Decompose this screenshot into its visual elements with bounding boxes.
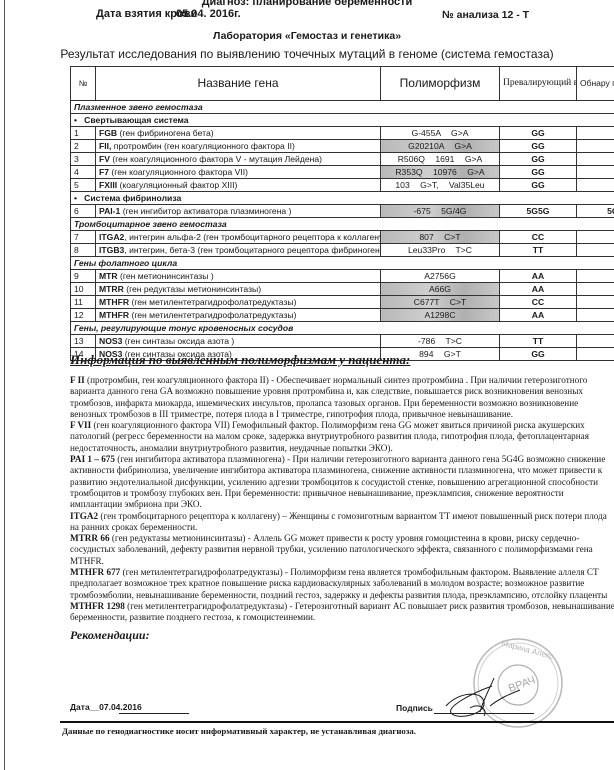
subsection-title: • Свертывающая система: [71, 114, 614, 127]
gene-description: (ген метионинсинтазы ): [118, 271, 214, 281]
col-header-polymorphism: Полиморфизм: [381, 67, 500, 101]
row-number: 1: [71, 127, 96, 140]
gene-description: (ген синтазы оксида азота ): [122, 336, 234, 346]
info-paragraph: MTRR 66 (ген редуктазы метионинсинтазы) …: [70, 533, 614, 567]
col-header-found-genotype: Обнару генот: [577, 67, 614, 101]
info-paragraph: MTHFR 677 (ген метилентетрагидрофолатред…: [70, 567, 614, 601]
table-row: 8ITGB3, интегрин, бета-3 (ген тромбоцита…: [71, 244, 614, 257]
polymorphism-cell: R506Q 1691 G>A: [381, 153, 500, 166]
gene-description: (ген фибриногена бета): [117, 128, 213, 138]
prevalent-genotype-cell: CC: [500, 231, 577, 244]
row-number: 12: [71, 309, 96, 322]
table-row: 11MTHFR (ген метилентетрагидрофолатредук…: [71, 296, 614, 309]
polymorphism-cell: G-455A G>A: [381, 127, 500, 140]
polymorphism-cell: 807 C>T: [381, 231, 500, 244]
gene-description: (ген коагуляционного фактора VII): [109, 167, 248, 177]
polymorphism-cell: A2756G: [381, 270, 500, 283]
section-row: Гены фолатного цикла: [71, 257, 614, 270]
found-genotype-cell: GA: [577, 140, 614, 153]
prevalent-genotype-cell: GG: [500, 179, 577, 192]
prevalent-genotype-cell: AA: [500, 283, 577, 296]
gene-name-cell: MTRR (ген редуктазы метионинсинтазы): [96, 283, 381, 296]
gene-symbol: FV: [99, 154, 110, 164]
laboratory-name: Лаборатория «Гемостаз и генетика»: [0, 30, 614, 42]
row-number: 13: [71, 335, 96, 348]
info-term: MTHFR 677: [70, 567, 120, 577]
diagnosis-line: Диагноз: планирование беременности: [0, 0, 614, 8]
found-genotype-cell: -: [577, 348, 614, 361]
footer-divider: [60, 721, 614, 723]
gene-name-cell: FII, протромбин (ген коагуляционного фак…: [96, 140, 381, 153]
row-number: 6: [71, 205, 96, 218]
gene-description: , интегрин альфа-2 (ген тромбоцитарного …: [124, 232, 380, 242]
info-text: (ген коагуляционного фактора VII) Гемофи…: [70, 420, 589, 453]
row-number: 7: [71, 231, 96, 244]
table-row: 10MTRR (ген редуктазы метионинсинтазы)A6…: [71, 283, 614, 296]
row-number: 4: [71, 166, 96, 179]
info-term: F VII: [70, 420, 91, 430]
found-genotype-cell: GG: [577, 153, 614, 166]
info-text: (ген метилентетрагидрофолатредуктазы) - …: [70, 567, 607, 600]
found-genotype-cell: GG: [577, 179, 614, 192]
gene-symbol: FII,: [99, 141, 111, 151]
prevalent-genotype-cell: GG: [500, 153, 577, 166]
table-row: 9MTR (ген метионинсинтазы )A2756GAAAA: [71, 270, 614, 283]
polymorphism-cell: Leu33Pro T>C: [381, 244, 500, 257]
info-term: ITGA2: [70, 511, 98, 521]
section-title: Гены, регулирующие тонус кровеносных сос…: [71, 322, 614, 335]
info-term: F II: [70, 375, 85, 385]
gene-description: (ген редуктазы метионинсинтазы): [124, 284, 261, 294]
section-title: Гены фолатного цикла: [71, 257, 614, 270]
gene-symbol: MTR: [99, 271, 118, 281]
info-term: PAI 1 – 675: [70, 454, 115, 464]
gene-name-cell: ITGB3, интегрин, бета-3 (ген тромбоцитар…: [96, 244, 381, 257]
polymorphism-info: F II (протромбин, ген коагуляционного фа…: [70, 375, 614, 624]
found-genotype-cell: 5G4G: [577, 205, 614, 218]
gene-symbol: ITGB3: [99, 245, 124, 255]
found-genotype-cell: -: [577, 335, 614, 348]
subsection-row: • Система фибринолиза: [71, 192, 614, 205]
gene-description: протромбин (ген коагуляционного фактора …: [111, 141, 294, 151]
row-number: 5: [71, 179, 96, 192]
row-number: 10: [71, 283, 96, 296]
polymorphism-cell: 103 G>T, Val35Leu: [381, 179, 500, 192]
info-term: MTRR 66: [70, 533, 110, 543]
analysis-number: № анализа 12 - Т: [442, 9, 529, 21]
gene-description: (ген ингибитор активатора плазминогена ): [120, 206, 291, 216]
report-date: Дата__07.04.2016: [70, 702, 142, 712]
table-row: 2FII, протромбин (ген коагуляционного фа…: [71, 140, 614, 153]
gene-symbol: PAI-1: [99, 206, 120, 216]
table-header-row: № Название гена Полиморфизм Превалирующи…: [71, 67, 614, 101]
gene-symbol: MTHFR: [99, 310, 129, 320]
gene-symbol: FXIII: [99, 180, 117, 190]
gene-description: (коагуляционный фактор XIII): [117, 180, 237, 190]
table-row: 7ITGA2, интегрин альфа-2 (ген тромбоцита…: [71, 231, 614, 244]
info-text: (ген метилентетрагидрофолатредуктазы) - …: [70, 601, 614, 622]
prevalent-genotype-cell: GG: [500, 140, 577, 153]
table-row: 12MTHFR (ген метилентетрагидрофолатредук…: [71, 309, 614, 322]
gene-results-table: № Название гена Полиморфизм Превалирующи…: [70, 66, 614, 361]
section-title: Тромбоцитарное звено гемостаза: [71, 218, 614, 231]
row-number: 2: [71, 140, 96, 153]
gene-name-cell: F7 (ген коагуляционного фактора VII): [96, 166, 381, 179]
prevalent-genotype-cell: 5G5G: [500, 205, 577, 218]
table-body: Плазменное звено гемостаза• Свертывающая…: [71, 101, 614, 361]
info-text: (ген тромбоцитарного рецептора к коллаге…: [70, 511, 607, 532]
polymorphism-cell: C677T C>T: [381, 296, 500, 309]
found-genotype-cell: TT: [577, 244, 614, 257]
row-number: 9: [71, 270, 96, 283]
date-underline: [119, 713, 189, 714]
result-title: Результат исследования по выявлению точе…: [0, 47, 614, 61]
gene-name-cell: MTR (ген метионинсинтазы ): [96, 270, 381, 283]
svg-text:Марина Алекс: Марина Алекс: [501, 639, 555, 661]
gene-name-cell: FXIII (коагуляционный фактор XIII): [96, 179, 381, 192]
subsection-label: Свертывающая система: [84, 115, 188, 125]
recommendations-label: Рекомендации:: [70, 628, 150, 643]
prevalent-genotype-cell: GG: [500, 127, 577, 140]
info-paragraph: ITGA2 (ген тромбоцитарного рецептора к к…: [70, 511, 614, 534]
table-row: 4F7 (ген коагуляционного фактора VII)R35…: [71, 166, 614, 179]
prevalent-genotype-cell: CC: [500, 296, 577, 309]
col-header-prevalent-genotype: Превалирующий в популяции генотип: [500, 67, 577, 101]
found-genotype-cell: AC: [577, 309, 614, 322]
gene-name-cell: FV (ген коагуляционного фактора V - мута…: [96, 153, 381, 166]
info-paragraph: F VII (ген коагуляционного фактора VII) …: [70, 420, 614, 454]
signature-icon: [440, 672, 530, 724]
prevalent-genotype-cell: GG: [500, 348, 577, 361]
page-left-border: [4, 0, 5, 770]
gene-symbol: MTRR: [99, 284, 124, 294]
signature-underline: [434, 713, 534, 714]
gene-description: (ген метилентетрагидрофолатредуктазы): [129, 297, 296, 307]
table-row: 6PAI-1 (ген ингибитор активатора плазмин…: [71, 205, 614, 218]
gene-description: (ген метилентетрагидрофолатредуктазы): [129, 310, 296, 320]
polymorphism-cell: A1298C: [381, 309, 500, 322]
prevalent-genotype-cell: GG: [500, 166, 577, 179]
polymorphism-cell: R353Q 10976 G>A: [381, 166, 500, 179]
disclaimer: Данные по генодиагностике носит информат…: [62, 726, 416, 736]
row-number: 8: [71, 244, 96, 257]
section-row: Плазменное звено гемостаза: [71, 101, 614, 114]
blood-date-value: 05.04. 2016г.: [176, 8, 241, 20]
subsection-label: Система фибринолиза: [84, 193, 181, 203]
bullet-icon: •: [74, 193, 84, 203]
col-header-no: №: [71, 67, 96, 101]
found-genotype-cell: GG: [577, 283, 614, 296]
gene-name-cell: FGB (ген фибриногена бета): [96, 127, 381, 140]
subsection-title: • Система фибринолиза: [71, 192, 614, 205]
gene-name-cell: NOS3 (ген синтазы оксида азота ): [96, 335, 381, 348]
table-row: 5FXIII (коагуляционный фактор XIII)103 G…: [71, 179, 614, 192]
info-paragraph: F II (протромбин, ген коагуляционного фа…: [70, 375, 614, 420]
polymorphism-cell: -675 5G/4G: [381, 205, 500, 218]
subsection-row: • Свертывающая система: [71, 114, 614, 127]
polymorphism-cell: A66G: [381, 283, 500, 296]
prevalent-genotype-cell: TT: [500, 335, 577, 348]
info-text: (протромбин, ген коагуляционного фактора…: [70, 375, 587, 419]
prevalent-genotype-cell: AA: [500, 270, 577, 283]
table-row: 3FV (ген коагуляционного фактора V - мут…: [71, 153, 614, 166]
gene-symbol: MTHFR: [99, 297, 129, 307]
row-number: 3: [71, 153, 96, 166]
section-title: Плазменное звено гемостаза: [71, 101, 614, 114]
section-row: Гены, регулирующие тонус кровеносных сос…: [71, 322, 614, 335]
info-term: MTHFR 1298: [70, 601, 125, 611]
info-title: Информация по выявленным полиморфизмам у…: [70, 352, 410, 368]
found-genotype-cell: CT: [577, 296, 614, 309]
found-genotype-cell: TT: [577, 231, 614, 244]
prevalent-genotype-cell: TT: [500, 244, 577, 257]
info-paragraph: PAI 1 – 675 (ген ингибитора активатора п…: [70, 454, 614, 510]
gene-name-cell: MTHFR (ген метилентетрагидрофолатредукта…: [96, 296, 381, 309]
polymorphism-cell: -786 T>C: [381, 335, 500, 348]
gene-name-cell: PAI-1 (ген ингибитор активатора плазмино…: [96, 205, 381, 218]
info-text: (ген редуктазы метионинсинтазы) - Аллель…: [70, 533, 593, 566]
prevalent-genotype-cell: AA: [500, 309, 577, 322]
section-row: Тромбоцитарное звено гемостаза: [71, 218, 614, 231]
col-header-gene-name: Название гена: [96, 67, 381, 101]
info-text: (ген ингибитора активатора плазминогена)…: [70, 454, 605, 509]
gene-name-cell: ITGA2, интегрин альфа-2 (ген тромбоцитар…: [96, 231, 381, 244]
table-row: 13NOS3 (ген синтазы оксида азота )-786 T…: [71, 335, 614, 348]
table-row: 1FGB (ген фибриногена бета)G-455A G>AGGG…: [71, 127, 614, 140]
found-genotype-cell: GG: [577, 127, 614, 140]
gene-name-cell: MTHFR (ген метилентетрагидрофолатредукта…: [96, 309, 381, 322]
gene-description: , интегрин, бета-3 (ген тромбоцитарного …: [124, 245, 380, 255]
info-paragraph: MTHFR 1298 (ген метилентетрагидрофолатре…: [70, 601, 614, 624]
gene-symbol: ITGA2: [99, 232, 124, 242]
signature-label: Подпись: [396, 703, 433, 713]
gene-symbol: F7: [99, 167, 109, 177]
row-number: 11: [71, 296, 96, 309]
bullet-icon: •: [74, 115, 84, 125]
found-genotype-cell: AA: [577, 270, 614, 283]
gene-symbol: FGB: [99, 128, 117, 138]
polymorphism-cell: G20210A G>A: [381, 140, 500, 153]
gene-description: (ген коагуляционного фактора V - мутация…: [110, 154, 322, 164]
found-genotype-cell: GG: [577, 166, 614, 179]
gene-symbol: NOS3: [99, 336, 122, 346]
